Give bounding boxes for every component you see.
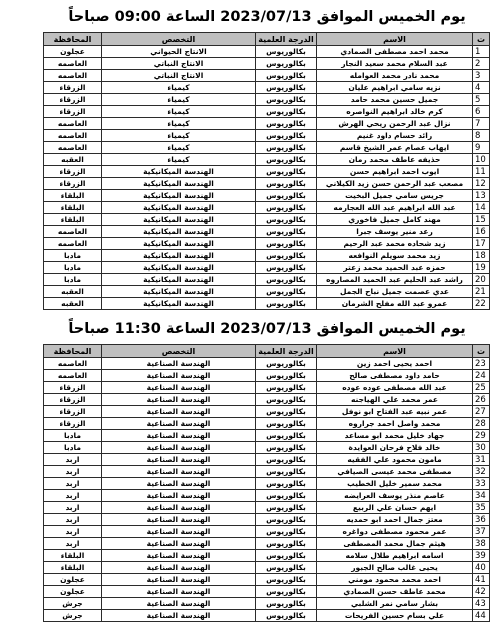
governorate-cell: العاصمه xyxy=(44,118,102,130)
row-number-cell: 33 xyxy=(473,478,490,490)
table-row: 10حذيفه عاطف محمد رمانبكالوريوسكيمياءالع… xyxy=(44,154,490,166)
session-2-table: ت الاسم الدرجة العلمية التخصص المحافظة 2… xyxy=(43,344,490,622)
governorate-cell: البلقاء xyxy=(44,190,102,202)
governorate-cell: العاصمه xyxy=(44,370,102,382)
governorate-cell: عجلون xyxy=(44,586,102,598)
name-cell: حمزه عبد الحميد محمد زعتر xyxy=(317,262,473,274)
row-number-cell: 11 xyxy=(473,166,490,178)
name-cell: عمر نبيه عبد الفتاح ابو نوفل xyxy=(317,406,473,418)
governorate-cell: مادبا xyxy=(44,262,102,274)
table-row: 3محمد نادر محمد العواملهبكالوريوسالانتاج… xyxy=(44,70,490,82)
table-row: 23احمد يحيى احمد زينبكالوريوسالهندسة الص… xyxy=(44,358,490,370)
degree-cell: بكالوريوس xyxy=(256,574,317,586)
table-row: 15مهند كامل جميل فاخوريبكالوريوسالهندسة … xyxy=(44,214,490,226)
degree-cell: بكالوريوس xyxy=(256,250,317,262)
col-header-governorate: المحافظة xyxy=(44,345,102,358)
row-number-cell: 36 xyxy=(473,514,490,526)
table-row: 43بشار سامي نمر الشلبيبكالوريوسالهندسة ا… xyxy=(44,598,490,610)
governorate-cell: اربد xyxy=(44,514,102,526)
name-cell: محمد احمد مصطفى الصمادي xyxy=(317,46,473,58)
name-cell: معتز جمال احمد ابو حمديه xyxy=(317,514,473,526)
governorate-cell: عجلون xyxy=(44,46,102,58)
table-row: 32مصطفى محمد عيسى الصيافيبكالوريوسالهندس… xyxy=(44,466,490,478)
row-number-cell: 5 xyxy=(473,94,490,106)
degree-cell: بكالوريوس xyxy=(256,202,317,214)
row-number-cell: 25 xyxy=(473,382,490,394)
degree-cell: بكالوريوس xyxy=(256,46,317,58)
degree-cell: بكالوريوس xyxy=(256,82,317,94)
row-number-cell: 23 xyxy=(473,358,490,370)
specialization-cell: الهندسة الميكانيكية xyxy=(102,214,256,226)
row-number-cell: 34 xyxy=(473,490,490,502)
row-number-cell: 27 xyxy=(473,406,490,418)
col-header-number: ت xyxy=(473,33,490,46)
specialization-cell: الهندسة الميكانيكية xyxy=(102,274,256,286)
row-number-cell: 9 xyxy=(473,142,490,154)
row-number-cell: 7 xyxy=(473,118,490,130)
degree-cell: بكالوريوس xyxy=(256,358,317,370)
row-number-cell: 31 xyxy=(473,454,490,466)
specialization-cell: الهندسة الميكانيكية xyxy=(102,262,256,274)
degree-cell: بكالوريوس xyxy=(256,298,317,310)
specialization-cell: الهندسة الصناعية xyxy=(102,418,256,430)
degree-cell: بكالوريوس xyxy=(256,106,317,118)
row-number-cell: 2 xyxy=(473,58,490,70)
row-number-cell: 22 xyxy=(473,298,490,310)
governorate-cell: الزرقاء xyxy=(44,418,102,430)
degree-cell: بكالوريوس xyxy=(256,58,317,70)
session-2-rows: 23احمد يحيى احمد زينبكالوريوسالهندسة الص… xyxy=(44,358,490,622)
degree-cell: بكالوريوس xyxy=(256,502,317,514)
governorate-cell: اربد xyxy=(44,490,102,502)
name-cell: نزال عبد الرحمن ريحي الهرش xyxy=(317,118,473,130)
degree-cell: بكالوريوس xyxy=(256,478,317,490)
degree-cell: بكالوريوس xyxy=(256,550,317,562)
degree-cell: بكالوريوس xyxy=(256,418,317,430)
row-number-cell: 20 xyxy=(473,274,490,286)
governorate-cell: البلقاء xyxy=(44,214,102,226)
governorate-cell: العقبه xyxy=(44,286,102,298)
name-cell: عبد السلام محمد سعيد النجار xyxy=(317,58,473,70)
degree-cell: بكالوريوس xyxy=(256,394,317,406)
governorate-cell: العاصمه xyxy=(44,142,102,154)
row-number-cell: 40 xyxy=(473,562,490,574)
table-row: 38هيثم جمال محمد المصطفىبكالوريوسالهندسة… xyxy=(44,538,490,550)
table-row: 9ايهاب عصام عمر الشيخ قاسمبكالوريوسكيميا… xyxy=(44,142,490,154)
specialization-cell: الهندسة الميكانيكية xyxy=(102,250,256,262)
degree-cell: بكالوريوس xyxy=(256,406,317,418)
table-row: 5جميل حسين محمد حامدبكالوريوسكيمياءالزرق… xyxy=(44,94,490,106)
governorate-cell: الزرقاء xyxy=(44,106,102,118)
table-row: 25عبد الله مصطفى عوده عودهبكالوريوسالهند… xyxy=(44,382,490,394)
row-number-cell: 38 xyxy=(473,538,490,550)
specialization-cell: الهندسة الميكانيكية xyxy=(102,166,256,178)
table-row: 35ايهم حسان علي الربيعبكالوريوسالهندسة ا… xyxy=(44,502,490,514)
specialization-cell: كيمياء xyxy=(102,106,256,118)
governorate-cell: الزرقاء xyxy=(44,94,102,106)
specialization-cell: الهندسة الصناعية xyxy=(102,586,256,598)
name-cell: عمر محمد علي الهياجنه xyxy=(317,394,473,406)
row-number-cell: 28 xyxy=(473,418,490,430)
degree-cell: بكالوريوس xyxy=(256,526,317,538)
name-cell: عاصم منذر يوسف العرايضه xyxy=(317,490,473,502)
specialization-cell: كيمياء xyxy=(102,118,256,130)
name-cell: مصعب عبد الرحمن حسن زيد الكيلاني xyxy=(317,178,473,190)
table-row: 26عمر محمد علي الهياجنهبكالوريوسالهندسة … xyxy=(44,394,490,406)
name-cell: عبد الله مصطفى عوده عوده xyxy=(317,382,473,394)
governorate-cell: الزرقاء xyxy=(44,406,102,418)
col-header-specialization: التخصص xyxy=(102,345,256,358)
table-row: 22عمرو عبد الله مفلح الشرمانبكالوريوساله… xyxy=(44,298,490,310)
degree-cell: بكالوريوس xyxy=(256,466,317,478)
row-number-cell: 42 xyxy=(473,586,490,598)
header-row: ت الاسم الدرجة العلمية التخصص المحافظة xyxy=(44,345,490,358)
specialization-cell: الهندسة الميكانيكية xyxy=(102,298,256,310)
row-number-cell: 19 xyxy=(473,262,490,274)
name-cell: بشار سامي نمر الشلبي xyxy=(317,598,473,610)
specialization-cell: الهندسة الصناعية xyxy=(102,550,256,562)
table-row: 44علي بسام حسين الفريحاتبكالوريوسالهندسة… xyxy=(44,610,490,622)
name-cell: محمد واصل احمد جراروه xyxy=(317,418,473,430)
degree-cell: بكالوريوس xyxy=(256,238,317,250)
degree-cell: بكالوريوس xyxy=(256,382,317,394)
name-cell: ايوب احمد ابراهيم حسن xyxy=(317,166,473,178)
row-number-cell: 29 xyxy=(473,430,490,442)
table-row: 27عمر نبيه عبد الفتاح ابو نوفلبكالوريوسا… xyxy=(44,406,490,418)
row-number-cell: 6 xyxy=(473,106,490,118)
degree-cell: بكالوريوس xyxy=(256,442,317,454)
name-cell: اسامه ابراهيم طلال سلامه xyxy=(317,550,473,562)
governorate-cell: مادبا xyxy=(44,250,102,262)
name-cell: احمد محمد محمود مومني xyxy=(317,574,473,586)
governorate-cell: البلقاء xyxy=(44,550,102,562)
name-cell: حامد داود مصطفى صالح xyxy=(317,370,473,382)
name-cell: زيد محمد سويلم النوافعه xyxy=(317,250,473,262)
governorate-cell: العقبه xyxy=(44,154,102,166)
governorate-cell: عجلون xyxy=(44,574,102,586)
specialization-cell: الهندسة الصناعية xyxy=(102,406,256,418)
specialization-cell: الهندسة الميكانيكية xyxy=(102,238,256,250)
table-row: 19حمزه عبد الحميد محمد زعتربكالوريوسالهن… xyxy=(44,262,490,274)
row-number-cell: 41 xyxy=(473,574,490,586)
row-number-cell: 30 xyxy=(473,442,490,454)
name-cell: هيثم جمال محمد المصطفى xyxy=(317,538,473,550)
col-header-name: الاسم xyxy=(317,345,473,358)
degree-cell: بكالوريوس xyxy=(256,118,317,130)
degree-cell: بكالوريوس xyxy=(256,586,317,598)
specialization-cell: كيمياء xyxy=(102,130,256,142)
name-cell: عمر محمود مصطفى دواغره xyxy=(317,526,473,538)
specialization-cell: كيمياء xyxy=(102,94,256,106)
degree-cell: بكالوريوس xyxy=(256,490,317,502)
table-row: 17زيد شحاده محمد عبد الرحيمبكالوريوسالهن… xyxy=(44,238,490,250)
specialization-cell: الهندسة الصناعية xyxy=(102,466,256,478)
name-cell: جهاد خليل محمد ابو مساعد xyxy=(317,430,473,442)
name-cell: نزيه سامي ابراهيم عليان xyxy=(317,82,473,94)
governorate-cell: الزرقاء xyxy=(44,394,102,406)
table-row: 36معتز جمال احمد ابو حمديهبكالوريوسالهند… xyxy=(44,514,490,526)
table-row: 30خالد فلاح فرحان العوايدةبكالوريوسالهند… xyxy=(44,442,490,454)
table-row: 18زيد محمد سويلم النوافعهبكالوريوسالهندس… xyxy=(44,250,490,262)
governorate-cell: الزرقاء xyxy=(44,382,102,394)
row-number-cell: 14 xyxy=(473,202,490,214)
specialization-cell: الهندسة الميكانيكية xyxy=(102,178,256,190)
table-row: 39اسامه ابراهيم طلال سلامهبكالوريوسالهند… xyxy=(44,550,490,562)
row-number-cell: 26 xyxy=(473,394,490,406)
name-cell: مامون محمود علي الفقيه xyxy=(317,454,473,466)
degree-cell: بكالوريوس xyxy=(256,514,317,526)
specialization-cell: الهندسة الصناعية xyxy=(102,358,256,370)
row-number-cell: 43 xyxy=(473,598,490,610)
table-row: 29جهاد خليل محمد ابو مساعدبكالوريوسالهند… xyxy=(44,430,490,442)
specialization-cell: الهندسة الصناعية xyxy=(102,598,256,610)
governorate-cell: جرش xyxy=(44,598,102,610)
specialization-cell: الهندسة الصناعية xyxy=(102,526,256,538)
row-number-cell: 24 xyxy=(473,370,490,382)
specialization-cell: الهندسة الصناعية xyxy=(102,478,256,490)
degree-cell: بكالوريوس xyxy=(256,226,317,238)
degree-cell: بكالوريوس xyxy=(256,454,317,466)
specialization-cell: الهندسة الصناعية xyxy=(102,502,256,514)
table-row: 28محمد واصل احمد جراروهبكالوريوسالهندسة … xyxy=(44,418,490,430)
degree-cell: بكالوريوس xyxy=(256,178,317,190)
row-number-cell: 18 xyxy=(473,250,490,262)
governorate-cell: العاصمه xyxy=(44,358,102,370)
table-row: 24حامد داود مصطفى صالحبكالوريوسالهندسة ا… xyxy=(44,370,490,382)
governorate-cell: اربد xyxy=(44,526,102,538)
row-number-cell: 16 xyxy=(473,226,490,238)
row-number-cell: 37 xyxy=(473,526,490,538)
name-cell: رعد منير يوسف جبرا xyxy=(317,226,473,238)
col-header-governorate: المحافظة xyxy=(44,33,102,46)
governorate-cell: العاصمه xyxy=(44,58,102,70)
degree-cell: بكالوريوس xyxy=(256,370,317,382)
specialization-cell: الهندسة الميكانيكية xyxy=(102,202,256,214)
governorate-cell: اربد xyxy=(44,502,102,514)
degree-cell: بكالوريوس xyxy=(256,94,317,106)
name-cell: رائد حسام داود غنيم xyxy=(317,130,473,142)
table-row: 7نزال عبد الرحمن ريحي الهرشبكالوريوسكيمي… xyxy=(44,118,490,130)
specialization-cell: الانتاج النباتي xyxy=(102,58,256,70)
specialization-cell: الهندسة الصناعية xyxy=(102,370,256,382)
table-row: 6كرم خالد ابراهيم النواصرهبكالوريوسكيميا… xyxy=(44,106,490,118)
table-row: 21عدي عصمت جميل نباح الجملبكالوريوسالهند… xyxy=(44,286,490,298)
row-number-cell: 12 xyxy=(473,178,490,190)
row-number-cell: 44 xyxy=(473,610,490,622)
row-number-cell: 10 xyxy=(473,154,490,166)
specialization-cell: الهندسة الصناعية xyxy=(102,610,256,622)
name-cell: احمد يحيى احمد زين xyxy=(317,358,473,370)
name-cell: حذيفه عاطف محمد رمان xyxy=(317,154,473,166)
table-row: 31مامون محمود علي الفقيهبكالوريوسالهندسة… xyxy=(44,454,490,466)
specialization-cell: الهندسة الصناعية xyxy=(102,538,256,550)
degree-cell: بكالوريوس xyxy=(256,538,317,550)
specialization-cell: كيمياء xyxy=(102,82,256,94)
governorate-cell: اربد xyxy=(44,454,102,466)
row-number-cell: 13 xyxy=(473,190,490,202)
degree-cell: بكالوريوس xyxy=(256,430,317,442)
governorate-cell: الزرقاء xyxy=(44,178,102,190)
session-1-title: يوم الخميس الموافق 2023/07/13 الساعة 09:… xyxy=(44,7,490,27)
row-number-cell: 32 xyxy=(473,466,490,478)
name-cell: مصطفى محمد عيسى الصيافي xyxy=(317,466,473,478)
table-row: 41احمد محمد محمود مومنيبكالوريوسالهندسة … xyxy=(44,574,490,586)
degree-cell: بكالوريوس xyxy=(256,166,317,178)
specialization-cell: الهندسة الصناعية xyxy=(102,514,256,526)
table-row: 12مصعب عبد الرحمن حسن زيد الكيلانيبكالور… xyxy=(44,178,490,190)
col-header-degree: الدرجة العلمية xyxy=(256,33,317,46)
governorate-cell: اربد xyxy=(44,538,102,550)
table-row: 33محمد سمير خليل الخطيببكالوريوسالهندسة … xyxy=(44,478,490,490)
name-cell: محمد عاطف حسن الصمادي xyxy=(317,586,473,598)
table-row: 16رعد منير يوسف جبرابكالوريوسالهندسة الم… xyxy=(44,226,490,238)
degree-cell: بكالوريوس xyxy=(256,190,317,202)
table-row: 42محمد عاطف حسن الصماديبكالوريوسالهندسة … xyxy=(44,586,490,598)
table-row: 4نزيه سامي ابراهيم عليانبكالوريوسكيمياءا… xyxy=(44,82,490,94)
header-row: ت الاسم الدرجة العلمية التخصص المحافظة xyxy=(44,33,490,46)
governorate-cell: العاصمه xyxy=(44,226,102,238)
degree-cell: بكالوريوس xyxy=(256,262,317,274)
table-row: 8رائد حسام داود غنيمبكالوريوسكيمياءالعاص… xyxy=(44,130,490,142)
col-header-number: ت xyxy=(473,345,490,358)
specialization-cell: الانتاج الحيواني xyxy=(102,46,256,58)
table-row: 1محمد احمد مصطفى الصماديبكالوريوسالانتاج… xyxy=(44,46,490,58)
degree-cell: بكالوريوس xyxy=(256,562,317,574)
governorate-cell: الزرقاء xyxy=(44,166,102,178)
degree-cell: بكالوريوس xyxy=(256,214,317,226)
governorate-cell: مادبا xyxy=(44,430,102,442)
governorate-cell: البلقاء xyxy=(44,562,102,574)
table-row: 13جريس سامي جميل البخيتبكالوريوسالهندسة … xyxy=(44,190,490,202)
name-cell: عدي عصمت جميل نباح الجمل xyxy=(317,286,473,298)
specialization-cell: الهندسة الميكانيكية xyxy=(102,226,256,238)
name-cell: علي بسام حسين الفريحات xyxy=(317,610,473,622)
name-cell: راشد عبد الحليم عبد الحميد المصاروه xyxy=(317,274,473,286)
row-number-cell: 1 xyxy=(473,46,490,58)
degree-cell: بكالوريوس xyxy=(256,70,317,82)
row-number-cell: 39 xyxy=(473,550,490,562)
session-1-rows: 1محمد احمد مصطفى الصماديبكالوريوسالانتاج… xyxy=(44,46,490,310)
session-morning-1130: يوم الخميس الموافق 2023/07/13 الساعة 11:… xyxy=(0,319,497,622)
name-cell: محمد نادر محمد العوامله xyxy=(317,70,473,82)
governorate-cell: مادبا xyxy=(44,442,102,454)
specialization-cell: الهندسة الصناعية xyxy=(102,574,256,586)
specialization-cell: الهندسة الصناعية xyxy=(102,562,256,574)
table-row: 2عبد السلام محمد سعيد النجاربكالوريوسالا… xyxy=(44,58,490,70)
table-row: 34عاصم منذر يوسف العرايضهبكالوريوسالهندس… xyxy=(44,490,490,502)
governorate-cell: مادبا xyxy=(44,274,102,286)
specialization-cell: الانتاج النباتي xyxy=(102,70,256,82)
governorate-cell: جرش xyxy=(44,610,102,622)
specialization-cell: الهندسة الصناعية xyxy=(102,382,256,394)
row-number-cell: 8 xyxy=(473,130,490,142)
degree-cell: بكالوريوس xyxy=(256,142,317,154)
governorate-cell: اربد xyxy=(44,466,102,478)
name-cell: عبد الله ابراهيم عبد الله العجارمه xyxy=(317,202,473,214)
table-row: 20راشد عبد الحليم عبد الحميد المصاروهبكا… xyxy=(44,274,490,286)
col-header-specialization: التخصص xyxy=(102,33,256,46)
table-row: 11ايوب احمد ابراهيم حسنبكالوريوسالهندسة … xyxy=(44,166,490,178)
table-row: 37عمر محمود مصطفى دواغرهبكالوريوسالهندسة… xyxy=(44,526,490,538)
table-row: 40يحيى غالب صالح الجبوربكالوريوسالهندسة … xyxy=(44,562,490,574)
degree-cell: بكالوريوس xyxy=(256,610,317,622)
name-cell: عمرو عبد الله مفلح الشرمان xyxy=(317,298,473,310)
specialization-cell: الهندسة الميكانيكية xyxy=(102,190,256,202)
col-header-degree: الدرجة العلمية xyxy=(256,345,317,358)
session-morning-0900: يوم الخميس الموافق 2023/07/13 الساعة 09:… xyxy=(0,7,497,310)
degree-cell: بكالوريوس xyxy=(256,286,317,298)
governorate-cell: العقبه xyxy=(44,298,102,310)
degree-cell: بكالوريوس xyxy=(256,130,317,142)
governorate-cell: اربد xyxy=(44,478,102,490)
row-number-cell: 3 xyxy=(473,70,490,82)
table-row: 14عبد الله ابراهيم عبد الله العجارمهبكال… xyxy=(44,202,490,214)
name-cell: محمد سمير خليل الخطيب xyxy=(317,478,473,490)
governorate-cell: العاصمه xyxy=(44,70,102,82)
specialization-cell: الهندسة الصناعية xyxy=(102,490,256,502)
name-cell: خالد فلاح فرحان العوايدة xyxy=(317,442,473,454)
col-header-name: الاسم xyxy=(317,33,473,46)
specialization-cell: الهندسة الصناعية xyxy=(102,442,256,454)
specialization-cell: كيمياء xyxy=(102,142,256,154)
name-cell: زيد شحاده محمد عبد الرحيم xyxy=(317,238,473,250)
name-cell: ايهاب عصام عمر الشيخ قاسم xyxy=(317,142,473,154)
specialization-cell: الهندسة الميكانيكية xyxy=(102,286,256,298)
degree-cell: بكالوريوس xyxy=(256,598,317,610)
name-cell: مهند كامل جميل فاخوري xyxy=(317,214,473,226)
name-cell: كرم خالد ابراهيم النواصره xyxy=(317,106,473,118)
row-number-cell: 17 xyxy=(473,238,490,250)
name-cell: جريس سامي جميل البخيت xyxy=(317,190,473,202)
specialization-cell: الهندسة الصناعية xyxy=(102,430,256,442)
specialization-cell: كيمياء xyxy=(102,154,256,166)
degree-cell: بكالوريوس xyxy=(256,274,317,286)
document-page: يوم الخميس الموافق 2023/07/13 الساعة 09:… xyxy=(0,0,497,622)
governorate-cell: البلقاء xyxy=(44,202,102,214)
name-cell: جميل حسين محمد حامد xyxy=(317,94,473,106)
governorate-cell: العاصمه xyxy=(44,238,102,250)
session-2-title: يوم الخميس الموافق 2023/07/13 الساعة 11:… xyxy=(44,319,490,339)
specialization-cell: الهندسة الصناعية xyxy=(102,454,256,466)
row-number-cell: 35 xyxy=(473,502,490,514)
degree-cell: بكالوريوس xyxy=(256,154,317,166)
row-number-cell: 4 xyxy=(473,82,490,94)
name-cell: ايهم حسان علي الربيع xyxy=(317,502,473,514)
governorate-cell: العاصمه xyxy=(44,130,102,142)
row-number-cell: 15 xyxy=(473,214,490,226)
row-number-cell: 21 xyxy=(473,286,490,298)
session-1-table: ت الاسم الدرجة العلمية التخصص المحافظة 1… xyxy=(43,32,490,310)
governorate-cell: الزرقاء xyxy=(44,82,102,94)
name-cell: يحيى غالب صالح الجبور xyxy=(317,562,473,574)
specialization-cell: الهندسة الصناعية xyxy=(102,394,256,406)
